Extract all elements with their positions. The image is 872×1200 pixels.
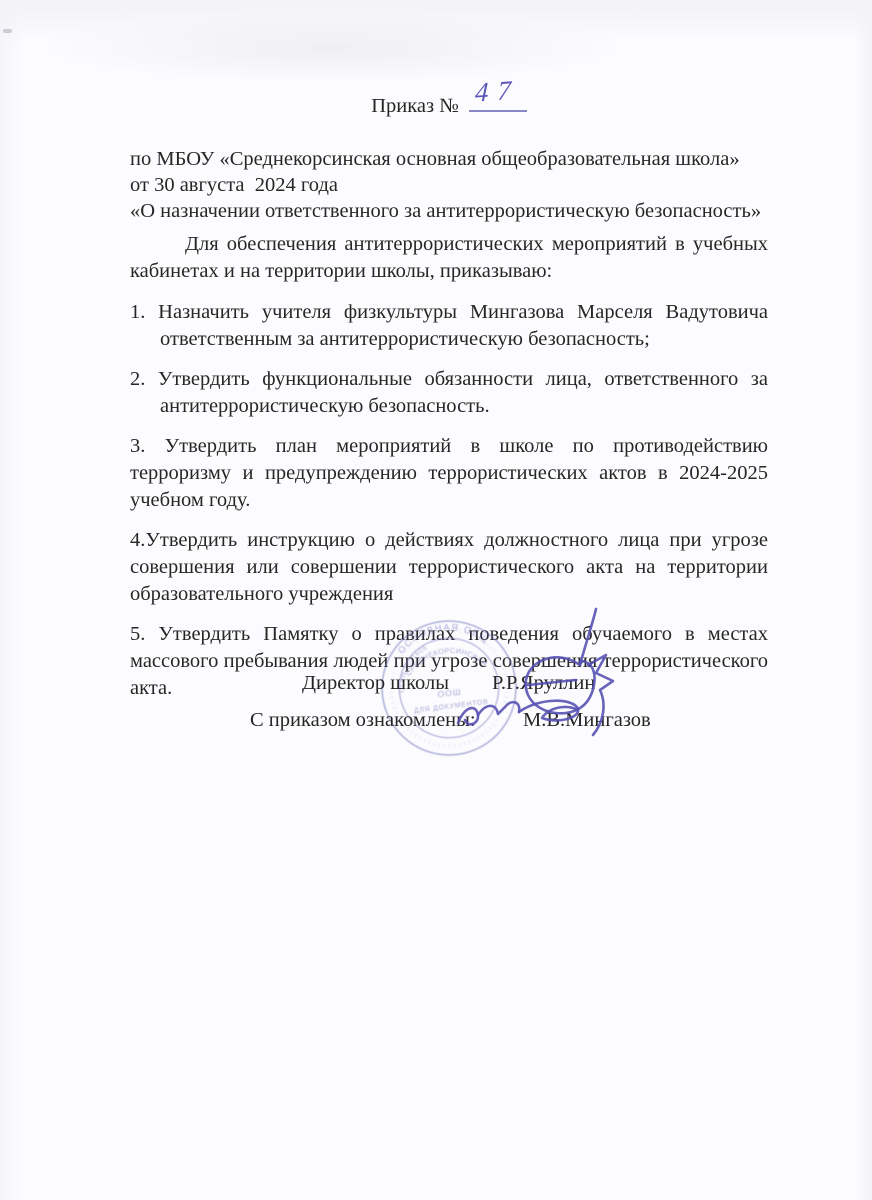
order-title-prefix: Приказ № xyxy=(371,95,459,117)
order-title: Приказ №47 xyxy=(130,90,768,120)
director-name: Р.Р.Яруллин xyxy=(492,672,595,695)
director-signature-label: Директор школы xyxy=(302,672,449,695)
order-item-4: 4.Утвердить инструкцию о действиях должн… xyxy=(130,527,768,608)
header-school-line: по МБОУ «Среднекорсинская основная общео… xyxy=(130,146,768,172)
handwritten-order-number: 47 xyxy=(474,76,520,106)
order-header: по МБОУ «Среднекорсинская основная общео… xyxy=(130,146,768,224)
order-item-1: 1. Назначить учителя физкультуры Мингазо… xyxy=(130,299,768,353)
order-intro-paragraph: Для обеспечения антитеррористических мер… xyxy=(130,231,768,285)
scan-artifact-speck xyxy=(3,29,12,33)
order-content: Приказ №47 по МБОУ «Среднекорсинская осн… xyxy=(130,90,768,715)
header-date-line: от 30 августа 2024 года xyxy=(130,172,768,198)
order-item-2: 2. Утвердить функциональные обязанности … xyxy=(130,366,768,420)
acquainted-signature-label: С приказом ознакомлены: xyxy=(250,709,476,732)
document-page: Приказ №47 по МБОУ «Среднекорсинская осн… xyxy=(0,0,872,1200)
header-subject-line: «О назначении ответственного за антитерр… xyxy=(130,198,768,224)
order-item-5: 5. Утвердить Памятку о правилах поведени… xyxy=(130,621,768,702)
order-number-blank: 47 xyxy=(469,90,527,112)
acquainted-name: М.В.Мингазов xyxy=(523,709,651,732)
order-item-3: 3. Утвердить план мероприятий в школе по… xyxy=(130,433,768,514)
